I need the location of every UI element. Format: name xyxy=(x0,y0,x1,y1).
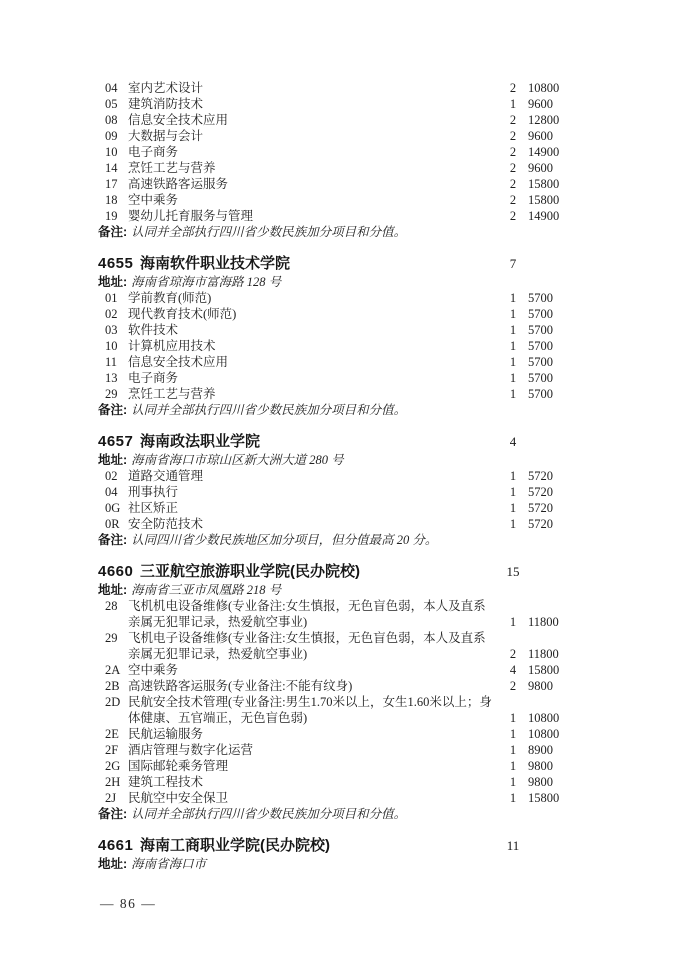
major-name: 烹饪工艺与营养 xyxy=(128,386,498,402)
page-content: 04 室内艺术设计 2 10800 05 建筑消防技术 1 9600 08 信息… xyxy=(98,80,568,872)
major-row: 2F 酒店管理与数字化运营 1 8900 xyxy=(98,742,568,758)
major-name: 酒店管理与数字化运营 xyxy=(128,742,498,758)
major-row: 14 烹饪工艺与营养 2 9600 xyxy=(98,160,568,176)
major-tuition-fee: 9600 xyxy=(528,160,568,176)
major-code: 29 xyxy=(105,630,128,646)
major-plan-count: 1 xyxy=(498,386,528,402)
major-code: 2A xyxy=(105,662,128,678)
remark-text: 认同四川省少数民族地区加分项目，但分值最高 20 分。 xyxy=(131,532,568,548)
major-plan-count: 1 xyxy=(498,370,528,386)
major-plan-count: 2 xyxy=(498,192,528,208)
major-code: 2G xyxy=(105,758,128,774)
major-tuition-fee: 5700 xyxy=(528,354,568,370)
major-tuition-fee: 9600 xyxy=(528,128,568,144)
major-code: 10 xyxy=(105,144,128,160)
remark-row: 备注: 认同并全部执行四川省少数民族加分项目和分值。 xyxy=(98,224,568,240)
major-code: 18 xyxy=(105,192,128,208)
major-row: 03 软件技术 1 5700 xyxy=(98,322,568,338)
major-code: 28 xyxy=(105,598,128,614)
major-plan-count: 1 xyxy=(498,354,528,370)
major-name: 道路交通管理 xyxy=(128,468,498,484)
institution-code: 4661 xyxy=(98,836,140,856)
address-row: 地址: 海南省三亚市凤凰路 218 号 xyxy=(98,582,568,598)
major-name: 信息安全技术应用 xyxy=(128,112,498,128)
major-row: 09 大数据与会计 2 9600 xyxy=(98,128,568,144)
major-tuition-fee: 12800 xyxy=(528,112,568,128)
major-row: 19 婴幼儿托育服务与管理 2 14900 xyxy=(98,208,568,224)
major-code: 17 xyxy=(105,176,128,192)
major-tuition-fee: 5720 xyxy=(528,484,568,500)
address-text: 海南省海口市琼山区新大洲大道 280 号 xyxy=(131,452,344,468)
major-tuition-fee: 9800 xyxy=(528,678,568,694)
major-plan-count: 1 xyxy=(498,516,528,532)
major-plan-count: 2 xyxy=(498,646,528,662)
major-plan-count: 4 xyxy=(498,662,528,678)
major-tuition-fee: 5700 xyxy=(528,290,568,306)
major-name: 信息安全技术应用 xyxy=(128,354,498,370)
address-text: 海南省海口市 xyxy=(131,856,206,872)
major-code: 05 xyxy=(105,96,128,112)
major-tuition-fee: 5700 xyxy=(528,338,568,354)
major-tuition-fee: 11800 xyxy=(528,614,568,630)
major-tuition-fee: 9600 xyxy=(528,96,568,112)
major-plan-count: 1 xyxy=(498,290,528,306)
major-tuition-fee: 14900 xyxy=(528,144,568,160)
major-plan-count: 2 xyxy=(498,678,528,694)
institution-name: 海南工商职业学院(民办院校) xyxy=(140,836,498,856)
address-row: 地址: 海南省琼海市富海路 128 号 xyxy=(98,274,568,290)
major-tuition-fee: 5700 xyxy=(528,386,568,402)
major-row: 10 电子商务 2 14900 xyxy=(98,144,568,160)
major-row: 02 现代教育技术(师范) 1 5700 xyxy=(98,306,568,322)
major-row: 04 室内艺术设计 2 10800 xyxy=(98,80,568,96)
major-code: 2B xyxy=(105,678,128,694)
major-row: 2D 民航安全技术管理(专业备注:男生1.70米以上，女生1.60米以上；身体健… xyxy=(98,694,568,726)
major-code: 2D xyxy=(105,694,128,710)
major-name: 烹饪工艺与营养 xyxy=(128,160,498,176)
major-tuition-fee: 15800 xyxy=(528,192,568,208)
major-tuition-fee: 5700 xyxy=(528,322,568,338)
major-code: 13 xyxy=(105,370,128,386)
major-plan-count: 2 xyxy=(498,112,528,128)
major-plan-count: 2 xyxy=(498,160,528,176)
institution-quota: 11 xyxy=(498,836,528,856)
major-name: 电子商务 xyxy=(128,370,498,386)
institution-header: 4660 三亚航空旅游职业学院(民办院校) 15 xyxy=(98,562,568,582)
address-label: 地址: xyxy=(98,274,127,290)
major-name: 社区矫正 xyxy=(128,500,498,516)
major-code: 08 xyxy=(105,112,128,128)
major-tuition-fee: 10800 xyxy=(528,710,568,726)
major-row: 13 电子商务 1 5700 xyxy=(98,370,568,386)
major-row: 2G 国际邮轮乘务管理 1 9800 xyxy=(98,758,568,774)
major-row: 08 信息安全技术应用 2 12800 xyxy=(98,112,568,128)
major-plan-count: 1 xyxy=(498,726,528,742)
major-list: 02 道路交通管理 1 5720 04 刑事执行 1 5720 0G 社区矫正 … xyxy=(98,468,568,532)
major-name: 飞机电子设备维修(专业备注:女生慎报，无色盲色弱，本人及直系亲属无犯罪记录，热爱… xyxy=(128,630,498,662)
remark-text: 认同并全部执行四川省少数民族加分项目和分值。 xyxy=(131,224,568,240)
major-tuition-fee: 9800 xyxy=(528,758,568,774)
address-text: 海南省琼海市富海路 128 号 xyxy=(131,274,281,290)
major-row: 2H 建筑工程技术 1 9800 xyxy=(98,774,568,790)
major-name: 安全防范技术 xyxy=(128,516,498,532)
address-label: 地址: xyxy=(98,856,127,872)
major-code: 0R xyxy=(105,516,128,532)
major-row: 04 刑事执行 1 5720 xyxy=(98,484,568,500)
major-plan-count: 2 xyxy=(498,128,528,144)
major-tuition-fee: 5700 xyxy=(528,306,568,322)
major-plan-count: 2 xyxy=(498,80,528,96)
major-tuition-fee: 10800 xyxy=(528,80,568,96)
major-row: 10 计算机应用技术 1 5700 xyxy=(98,338,568,354)
major-code: 0G xyxy=(105,500,128,516)
institution-code: 4660 xyxy=(98,562,140,582)
address-row: 地址: 海南省海口市琼山区新大洲大道 280 号 xyxy=(98,452,568,468)
major-list: 04 室内艺术设计 2 10800 05 建筑消防技术 1 9600 08 信息… xyxy=(98,80,568,224)
major-plan-count: 1 xyxy=(498,96,528,112)
major-code: 2E xyxy=(105,726,128,742)
major-plan-count: 1 xyxy=(498,306,528,322)
institution-name: 三亚航空旅游职业学院(民办院校) xyxy=(140,562,498,582)
major-tuition-fee: 8900 xyxy=(528,742,568,758)
institution-section: 4661 海南工商职业学院(民办院校) 11 地址: 海南省海口市 xyxy=(98,836,568,872)
major-row: 05 建筑消防技术 1 9600 xyxy=(98,96,568,112)
remark-label: 备注: xyxy=(98,224,127,240)
institution-name: 海南政法职业学院 xyxy=(140,432,498,452)
major-code: 2H xyxy=(105,774,128,790)
major-name: 学前教育(师范) xyxy=(128,290,498,306)
major-plan-count: 1 xyxy=(498,774,528,790)
major-plan-count: 1 xyxy=(498,710,528,726)
remark-label: 备注: xyxy=(98,402,127,418)
major-code: 03 xyxy=(105,322,128,338)
major-tuition-fee: 5700 xyxy=(528,370,568,386)
remark-label: 备注: xyxy=(98,532,127,548)
major-row: 02 道路交通管理 1 5720 xyxy=(98,468,568,484)
major-name: 空中乘务 xyxy=(128,662,498,678)
major-code: 04 xyxy=(105,484,128,500)
major-row: 11 信息安全技术应用 1 5700 xyxy=(98,354,568,370)
major-name: 高速铁路客运服务(专业备注:不能有纹身) xyxy=(128,678,498,694)
institution-section: 4657 海南政法职业学院 4 地址: 海南省海口市琼山区新大洲大道 280 号… xyxy=(98,432,568,548)
institution-code: 4657 xyxy=(98,432,140,452)
major-tuition-fee: 5720 xyxy=(528,500,568,516)
major-name: 婴幼儿托育服务与管理 xyxy=(128,208,498,224)
major-name: 飞机机电设备维修(专业备注:女生慎报，无色盲色弱，本人及直系亲属无犯罪记录，热爱… xyxy=(128,598,498,630)
major-name: 建筑工程技术 xyxy=(128,774,498,790)
institution-quota: 4 xyxy=(498,432,528,452)
major-name: 软件技术 xyxy=(128,322,498,338)
major-row: 29 飞机电子设备维修(专业备注:女生慎报，无色盲色弱，本人及直系亲属无犯罪记录… xyxy=(98,630,568,662)
major-name: 空中乘务 xyxy=(128,192,498,208)
major-name: 民航安全技术管理(专业备注:男生1.70米以上，女生1.60米以上；身体健康、五… xyxy=(128,694,498,726)
major-name: 建筑消防技术 xyxy=(128,96,498,112)
major-code: 11 xyxy=(105,354,128,370)
major-row: 2A 空中乘务 4 15800 xyxy=(98,662,568,678)
major-row: 17 高速铁路客运服务 2 15800 xyxy=(98,176,568,192)
major-tuition-fee: 15800 xyxy=(528,790,568,806)
remark-row: 备注: 认同四川省少数民族地区加分项目，但分值最高 20 分。 xyxy=(98,532,568,548)
address-label: 地址: xyxy=(98,452,127,468)
major-plan-count: 1 xyxy=(498,790,528,806)
major-plan-count: 2 xyxy=(498,176,528,192)
major-plan-count: 1 xyxy=(498,322,528,338)
major-row: 2J 民航空中安全保卫 1 15800 xyxy=(98,790,568,806)
major-plan-count: 1 xyxy=(498,500,528,516)
major-plan-count: 2 xyxy=(498,208,528,224)
address-label: 地址: xyxy=(98,582,127,598)
major-tuition-fee: 10800 xyxy=(528,726,568,742)
major-name: 计算机应用技术 xyxy=(128,338,498,354)
major-name: 现代教育技术(师范) xyxy=(128,306,498,322)
major-name: 国际邮轮乘务管理 xyxy=(128,758,498,774)
major-name: 民航空中安全保卫 xyxy=(128,790,498,806)
institution-code: 4655 xyxy=(98,254,140,274)
major-code: 29 xyxy=(105,386,128,402)
major-plan-count: 1 xyxy=(498,484,528,500)
major-list: 28 飞机机电设备维修(专业备注:女生慎报，无色盲色弱，本人及直系亲属无犯罪记录… xyxy=(98,598,568,806)
major-tuition-fee: 5720 xyxy=(528,516,568,532)
major-tuition-fee: 11800 xyxy=(528,646,568,662)
major-row: 28 飞机机电设备维修(专业备注:女生慎报，无色盲色弱，本人及直系亲属无犯罪记录… xyxy=(98,598,568,630)
major-name: 室内艺术设计 xyxy=(128,80,498,96)
major-name: 刑事执行 xyxy=(128,484,498,500)
major-list: 01 学前教育(师范) 1 5700 02 现代教育技术(师范) 1 5700 … xyxy=(98,290,568,402)
major-row: 2B 高速铁路客运服务(专业备注:不能有纹身) 2 9800 xyxy=(98,678,568,694)
major-code: 2J xyxy=(105,790,128,806)
major-row: 0G 社区矫正 1 5720 xyxy=(98,500,568,516)
remark-text: 认同并全部执行四川省少数民族加分项目和分值。 xyxy=(131,402,568,418)
remark-label: 备注: xyxy=(98,806,127,822)
major-plan-count: 1 xyxy=(498,614,528,630)
major-code: 19 xyxy=(105,208,128,224)
major-plan-count: 1 xyxy=(498,758,528,774)
address-text: 海南省三亚市凤凰路 218 号 xyxy=(131,582,281,598)
major-tuition-fee: 15800 xyxy=(528,176,568,192)
institution-section: 4660 三亚航空旅游职业学院(民办院校) 15 地址: 海南省三亚市凤凰路 2… xyxy=(98,562,568,822)
institution-name: 海南软件职业技术学院 xyxy=(140,254,498,274)
major-row: 0R 安全防范技术 1 5720 xyxy=(98,516,568,532)
remark-row: 备注: 认同并全部执行四川省少数民族加分项目和分值。 xyxy=(98,402,568,418)
address-row: 地址: 海南省海口市 xyxy=(98,856,568,872)
major-tuition-fee: 5720 xyxy=(528,468,568,484)
institution-quota: 7 xyxy=(498,254,528,274)
major-plan-count: 1 xyxy=(498,338,528,354)
major-code: 14 xyxy=(105,160,128,176)
major-row: 18 空中乘务 2 15800 xyxy=(98,192,568,208)
document-page: 04 室内艺术设计 2 10800 05 建筑消防技术 1 9600 08 信息… xyxy=(0,0,680,961)
remark-text: 认同并全部执行四川省少数民族加分项目和分值。 xyxy=(131,806,568,822)
major-code: 09 xyxy=(105,128,128,144)
institution-header: 4655 海南软件职业技术学院 7 xyxy=(98,254,568,274)
major-name: 大数据与会计 xyxy=(128,128,498,144)
page-number: — 86 — xyxy=(100,896,156,912)
major-plan-count: 1 xyxy=(498,742,528,758)
major-code: 2F xyxy=(105,742,128,758)
institution-quota: 15 xyxy=(498,562,528,582)
institution-section: 04 室内艺术设计 2 10800 05 建筑消防技术 1 9600 08 信息… xyxy=(98,80,568,240)
major-name: 民航运输服务 xyxy=(128,726,498,742)
major-plan-count: 1 xyxy=(498,468,528,484)
major-code: 04 xyxy=(105,80,128,96)
institution-header: 4657 海南政法职业学院 4 xyxy=(98,432,568,452)
major-row: 2E 民航运输服务 1 10800 xyxy=(98,726,568,742)
institution-section: 4655 海南软件职业技术学院 7 地址: 海南省琼海市富海路 128 号 01… xyxy=(98,254,568,418)
major-row: 29 烹饪工艺与营养 1 5700 xyxy=(98,386,568,402)
major-code: 10 xyxy=(105,338,128,354)
major-name: 电子商务 xyxy=(128,144,498,160)
major-tuition-fee: 15800 xyxy=(528,662,568,678)
major-tuition-fee: 14900 xyxy=(528,208,568,224)
major-code: 01 xyxy=(105,290,128,306)
major-name: 高速铁路客运服务 xyxy=(128,176,498,192)
remark-row: 备注: 认同并全部执行四川省少数民族加分项目和分值。 xyxy=(98,806,568,822)
major-code: 02 xyxy=(105,306,128,322)
institution-header: 4661 海南工商职业学院(民办院校) 11 xyxy=(98,836,568,856)
major-row: 01 学前教育(师范) 1 5700 xyxy=(98,290,568,306)
major-plan-count: 2 xyxy=(498,144,528,160)
major-code: 02 xyxy=(105,468,128,484)
major-tuition-fee: 9800 xyxy=(528,774,568,790)
